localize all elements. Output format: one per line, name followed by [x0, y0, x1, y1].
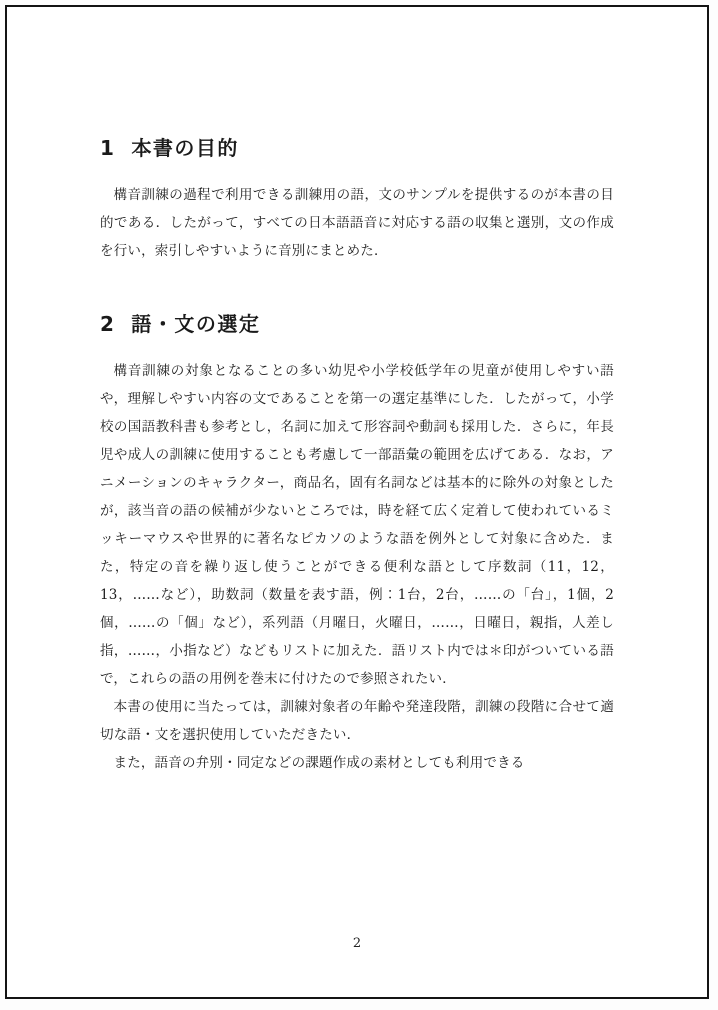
- section-2-paragraph-2: 本書の使用に当たっては，訓練対象者の年齢や発達段階，訓練の段階に合せて適切な語・…: [100, 693, 614, 749]
- section-number-2: 2: [100, 312, 115, 336]
- section-number-1: 1: [100, 136, 115, 160]
- section-2-paragraph-3: また，語音の弁別・同定などの課題作成の素材としても利用できる: [100, 749, 614, 777]
- section-1-paragraph-1: 構音訓練の過程で利用できる訓練用の語，文のサンプルを提供するのが本書の目的である…: [100, 181, 614, 265]
- section-heading-2: 2語・文の選定: [100, 312, 614, 336]
- page-number: 2: [353, 936, 361, 951]
- page-footer: 2: [7, 936, 707, 951]
- section-heading-1: 1本書の目的: [100, 136, 614, 160]
- document-page: 1本書の目的 構音訓練の過程で利用できる訓練用の語，文のサンプルを提供するのが本…: [5, 5, 709, 999]
- section-title-2: 語・文の選定: [131, 312, 260, 336]
- section-2-paragraph-1: 構音訓練の対象となることの多い幼児や小学校低学年の児童が使用しやすい語や，理解し…: [100, 357, 614, 693]
- text-block: 1本書の目的 構音訓練の過程で利用できる訓練用の語，文のサンプルを提供するのが本…: [100, 7, 614, 777]
- section-title-1: 本書の目的: [131, 136, 239, 160]
- page-canvas: 1本書の目的 構音訓練の過程で利用できる訓練用の語，文のサンプルを提供するのが本…: [0, 0, 718, 1010]
